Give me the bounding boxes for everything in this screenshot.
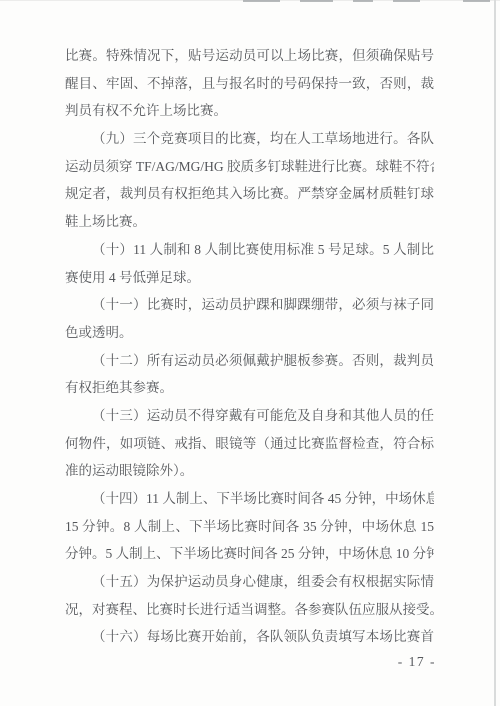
page-number: - 17 - [398,653,436,671]
paragraph-clause-16: （十六）每场比赛开始前，各队领队负责填写本场比赛首 [65,623,434,651]
text-line: 色或透明。 [65,319,434,347]
text-line: 鞋上场比赛。 [65,208,434,236]
text-line: 运动员须穿 TF/AG/MG/HG 胶质多钉球鞋进行比赛。球鞋不符合 [65,153,434,181]
paragraph-clause-11: （十一）比赛时，运动员护踝和脚踝绷带，必须与袜子同色或透明。 [65,291,434,346]
body-text: 比赛。特殊情况下，贴号运动员可以上场比赛，但须确保贴号醒目、牢固、不掉落，且与报… [65,42,434,651]
paragraph-clause-15: （十五）为保护运动员身心健康，组委会有权根据实际情况，对赛程、比赛时长进行适当调… [65,568,434,623]
text-line: 有权拒绝其参赛。 [65,374,434,402]
paragraph-clause-10: （十）11 人制和 8 人制比赛使用标准 5 号足球。5 人制比赛使用 4 号低… [65,236,434,291]
scan-artifact-dash [300,0,333,2]
text-line: 规定者，裁判员有权拒绝其入场比赛。严禁穿金属材质鞋钉球 [65,180,434,208]
text-line: （十三）运动员不得穿戴有可能危及自身和其他人员的任 [65,402,434,430]
paragraph-clause-14: （十四）11 人制上、下半场比赛时间各 45 分钟，中场休息15 分钟。8 人制… [65,485,434,568]
text-line: 赛使用 4 号低弹足球。 [65,264,434,292]
document-page: 比赛。特殊情况下，贴号运动员可以上场比赛，但须确保贴号醒目、牢固、不掉落，且与报… [0,0,500,706]
scan-artifact-dash [463,0,490,2]
text-line: （十五）为保护运动员身心健康，组委会有权根据实际情 [65,568,434,596]
paragraph-clause-9: （九）三个竞赛项目的比赛，均在人工草场地进行。各队运动员须穿 TF/AG/MG/… [65,125,434,236]
text-line: 分钟。5 人制上、下半场比赛时间各 25 分钟，中场休息 10 分钟。 [65,540,434,568]
scan-artifact-dash [243,0,280,2]
paragraph-clause-12: （十二）所有运动员必须佩戴护腿板参赛。否则，裁判员有权拒绝其参赛。 [65,347,434,402]
paragraph-clause-continuation: 比赛。特殊情况下，贴号运动员可以上场比赛，但须确保贴号醒目、牢固、不掉落，且与报… [65,42,434,125]
text-line: （十四）11 人制上、下半场比赛时间各 45 分钟，中场休息 [65,485,434,513]
text-line: 比赛。特殊情况下，贴号运动员可以上场比赛，但须确保贴号 [65,42,434,70]
text-line: 15 分钟。8 人制上、下半场比赛时间各 35 分钟，中场休息 15 [65,513,434,541]
text-line: 况，对赛程、比赛时长进行适当调整。各参赛队伍应服从接受。 [65,596,434,624]
scan-right-edge-line [494,0,496,706]
text-line: （十）11 人制和 8 人制比赛使用标准 5 号足球。5 人制比 [65,236,434,264]
scan-artifact-dash [393,0,420,2]
paragraph-clause-13: （十三）运动员不得穿戴有可能危及自身和其他人员的任何物件，如项链、戒指、眼镜等（… [65,402,434,485]
scan-artifact-dash [353,0,373,2]
text-line: 醒目、牢固、不掉落，且与报名时的号码保持一致，否则，裁 [65,70,434,98]
text-line: （九）三个竞赛项目的比赛，均在人工草场地进行。各队 [65,125,434,153]
text-line: 判员有权不允许上场比赛。 [65,97,434,125]
text-line: （十一）比赛时，运动员护踝和脚踝绷带，必须与袜子同 [65,291,434,319]
text-line: （十二）所有运动员必须佩戴护腿板参赛。否则，裁判员 [65,347,434,375]
text-line: 何物件，如项链、戒指、眼镜等（通过比赛监督检查，符合标 [65,430,434,458]
text-line: （十六）每场比赛开始前，各队领队负责填写本场比赛首 [65,623,434,651]
text-line: 准的运动眼镜除外）。 [65,457,434,485]
